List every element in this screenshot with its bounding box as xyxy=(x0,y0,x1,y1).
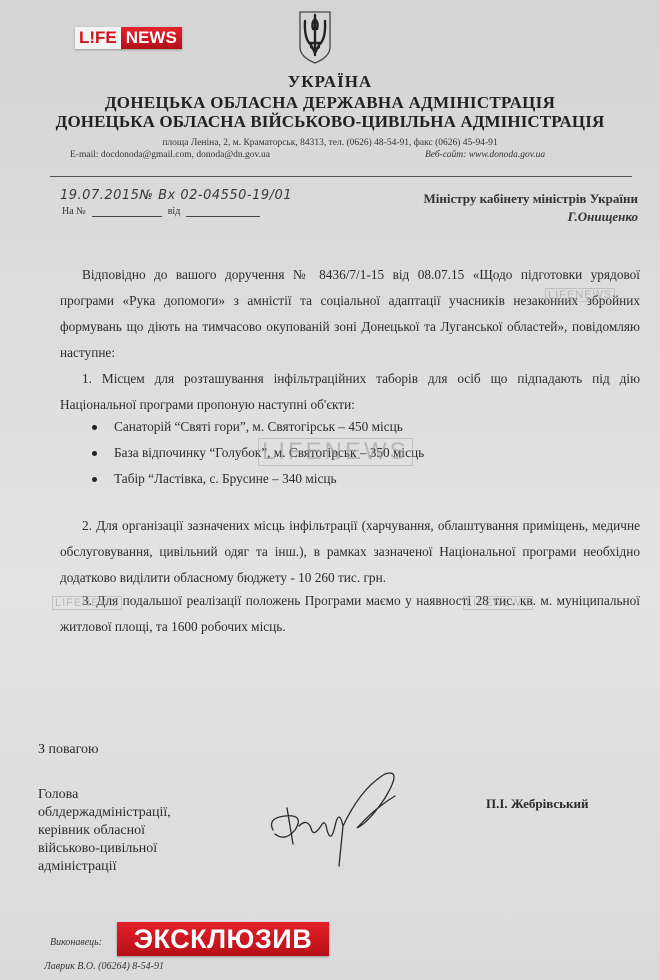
list-item: Табір “Ластівка, с. Брусине – 340 місць xyxy=(92,466,424,492)
signer-title: Голова облдержадміністрації, керівник об… xyxy=(38,786,171,876)
letterhead-address: площа Леніна, 2, м. Краматорськ, 84313, … xyxy=(0,138,660,148)
bullet-icon xyxy=(92,477,97,482)
addressee: Міністру кабінету міністрів України Г.Он… xyxy=(423,190,638,226)
org-name-line2: ДОНЕЦЬКА ОБЛАСНА ВІЙСЬКОВО-ЦИВІЛЬНА АДМІ… xyxy=(0,112,660,132)
logo-news: NEWS xyxy=(121,27,182,49)
letterhead-website: Веб-сайт: www.donoda.gov.ua xyxy=(425,150,545,160)
closing-regards: З повагою xyxy=(38,742,99,758)
reference-row: На № від xyxy=(62,206,266,217)
signer-title-line: облдержадміністрації, xyxy=(38,804,171,822)
country-heading: УКРАЇНА xyxy=(0,72,660,92)
na-no-label: На № xyxy=(62,206,86,217)
na-no-blank xyxy=(92,206,162,217)
list-item-text: Табір “Ластівка, с. Брусине – 340 місць xyxy=(114,466,337,492)
signer-title-line: Голова xyxy=(38,786,171,804)
org-name-line1: ДОНЕЦЬКА ОБЛАСНА ДЕРЖАВНА АДМІНІСТРАЦІЯ xyxy=(0,93,660,113)
signer-title-line: керівник обласної xyxy=(38,822,171,840)
watermark: LIFENEWS xyxy=(52,596,122,610)
list-item-text: Санаторій “Святі гори”, м. Святогірськ –… xyxy=(114,414,403,440)
header-divider xyxy=(50,176,632,177)
handwritten-reference: 19.07.2015№ Вх 02-04550-19/01 xyxy=(60,188,292,203)
intro-paragraph: Відповідно до вашого доручення № 8436/7/… xyxy=(60,262,640,366)
ukraine-trident-emblem-icon xyxy=(297,9,333,65)
lifenews-logo: L!FE NEWS xyxy=(75,27,182,49)
list-item: Санаторій “Святі гори”, м. Святогірськ –… xyxy=(92,414,424,440)
signer-title-line: військово-цивільної xyxy=(38,840,171,858)
addressee-position: Міністру кабінету міністрів України xyxy=(423,190,638,208)
executor-label: Виконавець: xyxy=(50,937,102,948)
signature-icon xyxy=(265,768,415,868)
item-3-paragraph: 3. Для подальшої реалізації положень Про… xyxy=(60,588,640,640)
item-2-paragraph: 2. Для організації зазначених місць інфі… xyxy=(60,513,640,591)
exclusive-banner: ЭКСКЛЮЗИВ xyxy=(117,922,329,956)
signer-title-line: адміністрації xyxy=(38,858,171,876)
executor-contact: Лаврик В.О. (06264) 8-54-91 xyxy=(44,961,164,972)
watermark: LIFENEWS xyxy=(545,288,615,302)
logo-life: L!FE xyxy=(75,27,121,49)
signer-name: П.І. Жебрівський xyxy=(486,796,589,812)
letterhead-email: E-mail: docdonoda@gmail.com, donoda@dn.g… xyxy=(70,150,270,160)
bullet-icon xyxy=(92,425,97,430)
vid-blank xyxy=(186,206,260,217)
vid-label: від xyxy=(168,206,181,217)
watermark: LIFENEWS xyxy=(258,438,413,466)
bullet-icon xyxy=(92,451,97,456)
item-1-paragraph: 1. Місцем для розташування інфільтраційн… xyxy=(60,366,640,418)
watermark: LIFENEWS xyxy=(463,596,533,610)
addressee-name: Г.Онищенко xyxy=(423,208,638,226)
